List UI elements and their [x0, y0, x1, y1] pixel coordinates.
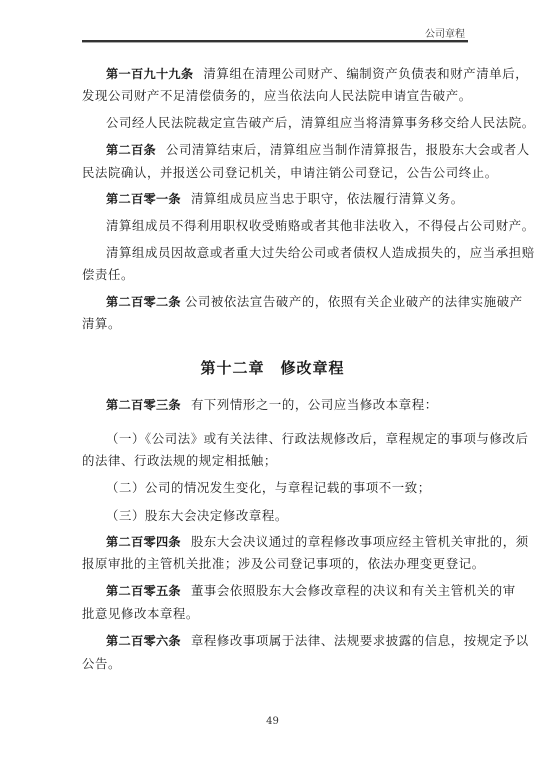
- article-label: 第二百零一条: [106, 192, 181, 206]
- article-206-line-2: 公告。: [82, 656, 468, 672]
- article-204-line-2: 报原审批的主管机关批准；涉及公司登记事项的，依法办理变更登记。: [82, 556, 468, 572]
- paragraph-bankruptcy-transfer: 公司经人民法院裁定宣告破产后，清算组应当将清算事务移交给人民法院。: [82, 115, 492, 131]
- article-201-line-1: 第二百零一条清算组成员应当忠于职守，依法履行清算义务。: [82, 191, 492, 207]
- list-item-1-line-1: （一）《公司法》或有关法律、行政法规修改后，章程规定的事项与修改后: [82, 431, 492, 447]
- article-199-line-2: 发现公司财产不足清偿债务的，应当依法向人民法院申请宣告破产。: [82, 88, 468, 104]
- article-label: 第二百条: [106, 143, 156, 157]
- article-203-line-1: 第二百零三条有下列情形之一的，公司应当修改本章程：: [82, 397, 492, 413]
- article-label: 第二百零二条: [106, 295, 181, 309]
- article-200-line-2: 民法院确认，并报送公司登记机关，申请注销公司登记，公告公司终止。: [82, 165, 468, 181]
- article-label: 第二百零五条: [106, 584, 181, 598]
- article-label: 第二百零六条: [106, 634, 181, 648]
- list-item-1-line-2: 的法律、行政法规的规定相抵触；: [82, 453, 468, 469]
- article-label: 第二百零三条: [106, 398, 181, 412]
- article-205-line-2: 批意见修改本章程。: [82, 606, 468, 622]
- chapter-heading: 第十二章 修改章程: [0, 357, 545, 378]
- article-204-line-1: 第二百零四条股东大会决议通过的章程修改事项应经主管机关审批的，须: [82, 534, 492, 550]
- paragraph-no-bribery: 清算组成员不得利用职权收受贿赂或者其他非法收入，不得侵占公司财产。: [82, 218, 492, 234]
- article-label: 第一百九十九条: [106, 67, 193, 81]
- article-206-line-1: 第二百零六条章程修改事项属于法律、法规要求披露的信息，按规定予以: [82, 633, 492, 649]
- article-202-line-2: 清算。: [82, 316, 468, 332]
- header-title: 公司章程: [425, 25, 465, 40]
- paragraph-liability-line-2: 偿责任。: [82, 267, 468, 283]
- paragraph-liability-line-1: 清算组成员因故意或者重大过失给公司或者债权人造成损失的，应当承担赔: [82, 245, 492, 261]
- article-205-line-1: 第二百零五条董事会依照股东大会修改章程的决议和有关主管机关的审: [82, 583, 492, 599]
- header-divider: [82, 40, 468, 43]
- list-item-3: （三）股东大会决定修改章程。: [82, 508, 492, 524]
- article-199-line-1: 第一百九十九条清算组在清理公司财产、编制资产负债表和财产清单后，: [82, 66, 492, 82]
- article-label: 第二百零四条: [106, 535, 181, 549]
- article-200-line-1: 第二百条公司清算结束后，清算组应当制作清算报告，报股东大会或者人: [82, 142, 492, 158]
- article-202-line-1: 第二百零二条公司被依法宣告破产的，依照有关企业破产的法律实施破产: [82, 294, 492, 310]
- list-item-2: （二）公司的情况发生变化，与章程记载的事项不一致；: [82, 480, 492, 496]
- page-number: 49: [0, 716, 545, 727]
